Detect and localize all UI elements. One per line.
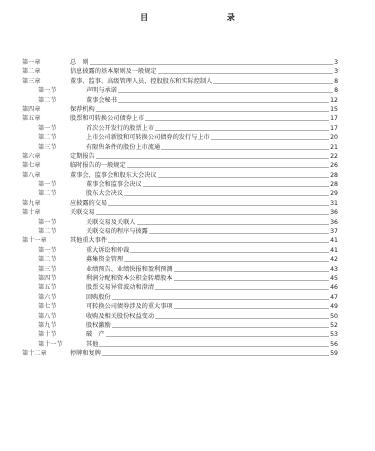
toc-entry-page-number: 36 <box>330 218 338 227</box>
toc-entry-page-number: 56 <box>330 340 338 349</box>
dot-leader <box>124 261 329 262</box>
dot-leader <box>174 280 330 281</box>
toc-entry-title: 董事会和监事会决议 <box>86 180 142 189</box>
toc-entry-title: 有限售条件的股份上市流通 <box>86 143 160 152</box>
toc-entry-line: 关联交易及关联人36 <box>86 218 338 227</box>
dot-leader <box>118 102 329 103</box>
toc-entry-line: 临时报告的一般规定26 <box>70 161 338 170</box>
toc-entry-title: 利润分配和资本公积金转增股本 <box>86 274 173 283</box>
toc-section-entry[interactable]: 第九节股权激励52 <box>0 321 375 330</box>
dot-leader <box>96 111 329 112</box>
toc-section-entry[interactable]: 第四节利润分配和资本公积金转增股本45 <box>0 274 375 283</box>
toc-chapter-entry[interactable]: 第九章应披露的交易31 <box>0 199 375 208</box>
toc-entry-line: 声明与承诺8 <box>86 86 338 95</box>
toc-entry-title: 董事会秘书 <box>86 96 117 105</box>
toc-section-entry[interactable]: 第二节董事会秘书12 <box>0 96 375 105</box>
toc-entry-title: 股票和可转换公司债券上市 <box>70 114 144 123</box>
toc-entry-title: 应披露的交易 <box>70 199 107 208</box>
dot-leader <box>127 167 329 168</box>
toc-entry-line: 首次公开发行的股票上市17 <box>86 124 338 133</box>
toc-section-entry[interactable]: 第五节股票交易异常波动和澄清46 <box>0 283 375 292</box>
toc-entry-page-number: 3 <box>334 67 338 76</box>
toc-entry-label: 第十一章 <box>22 236 47 245</box>
toc-entry-line: 定期报告22 <box>70 152 338 161</box>
toc-chapter-entry[interactable]: 第十章关联交易36 <box>0 208 375 217</box>
dot-leader <box>108 242 329 243</box>
toc-entry-page-number: 47 <box>330 293 338 302</box>
toc-section-entry[interactable]: 第七节可转换公司债券涉及的重大事项49 <box>0 302 375 311</box>
dot-leader <box>158 177 330 178</box>
toc-entry-label: 第六节 <box>38 293 57 302</box>
toc-entry-line: 上市公司新股和可转换公司债券的发行与上市20 <box>86 133 338 142</box>
toc-entry-line: 董事、监事、高级管理人员、控股股东和实际控制人8 <box>70 77 338 86</box>
dot-leader <box>96 214 329 215</box>
toc-entry-title: 可转换公司债券涉及的重大事项 <box>86 302 173 311</box>
dot-leader <box>161 149 329 150</box>
toc-section-entry[interactable]: 第十一节其他56 <box>0 340 375 349</box>
toc-entry-page-number: 22 <box>330 152 338 161</box>
toc-chapter-entry[interactable]: 第四章保荐机构15 <box>0 105 375 114</box>
toc-chapter-entry[interactable]: 第六章定期报告22 <box>0 152 375 161</box>
toc-entry-label: 第九章 <box>22 199 41 208</box>
toc-entry-label: 第九节 <box>38 321 57 330</box>
toc-entry-label: 第六章 <box>22 152 41 161</box>
toc-entry-page-number: 41 <box>330 236 338 245</box>
toc-entry-line: 关联交易的程序与披露37 <box>86 227 338 236</box>
toc-entry-title: 其他 <box>86 340 98 349</box>
toc-entry-label: 第四章 <box>22 105 41 114</box>
toc-entry-line: 可转换公司债券涉及的重大事项49 <box>86 302 338 311</box>
toc-entry-title: 关联交易及关联人 <box>86 218 136 227</box>
toc-section-entry[interactable]: 第一节关联交易及关联人36 <box>0 218 375 227</box>
dot-leader <box>99 346 329 347</box>
toc-entry-label: 第三章 <box>22 77 41 86</box>
toc-entry-page-number: 31 <box>330 199 338 208</box>
toc-entry-line: 信息披露的基本原则及一般规定3 <box>70 67 338 76</box>
toc-entry-title: 停牌和复牌 <box>70 349 101 358</box>
toc-entry-page-number: 17 <box>330 124 338 133</box>
toc-entry-label: 第十二章 <box>22 349 47 358</box>
toc-entry-line: 总 则3 <box>70 58 338 67</box>
toc-section-entry[interactable]: 第二节募集资金管理42 <box>0 255 375 264</box>
toc-entry-label: 第二节 <box>38 189 57 198</box>
dot-leader <box>102 355 329 356</box>
toc-entry-label: 第二节 <box>38 133 57 142</box>
toc-entry-page-number: 52 <box>330 321 338 330</box>
dot-leader <box>90 64 334 65</box>
toc-entry-line: 重大诉讼和仲裁41 <box>86 246 338 255</box>
toc-entry-title: 临时报告的一般规定 <box>70 161 126 170</box>
toc-entry-line: 关联交易36 <box>70 208 338 217</box>
dot-leader <box>211 139 329 140</box>
toc-chapter-entry[interactable]: 第五章股票和可转换公司债券上市17 <box>0 114 375 123</box>
toc-chapter-entry[interactable]: 第十二章停牌和复牌59 <box>0 349 375 358</box>
toc-entry-page-number: 28 <box>330 180 338 189</box>
dot-leader <box>213 83 333 84</box>
toc-entry-label: 第十节 <box>38 330 57 339</box>
toc-entry-title: 上市公司新股和可转换公司债券的发行与上市 <box>86 133 210 142</box>
toc-entry-label: 第八章 <box>22 171 41 180</box>
dot-leader <box>108 205 329 206</box>
toc-entry-line: 董事会、监事会和股东大会决议28 <box>70 171 338 180</box>
toc-entry-line: 股权激励52 <box>86 321 338 330</box>
toc-entry-title: 业绩预告、业绩快报和盈利预测 <box>86 265 173 274</box>
toc-entry-title: 董事、监事、高级管理人员、控股股东和实际控制人 <box>70 77 212 86</box>
toc-section-entry[interactable]: 第一节声明与承诺8 <box>0 86 375 95</box>
toc-entry-page-number: 59 <box>330 349 338 358</box>
dot-leader <box>145 120 329 121</box>
toc-entry-title: 定期报告 <box>70 152 95 161</box>
toc-entry-title: 股权激励 <box>86 321 111 330</box>
toc-entry-label: 第三节 <box>38 143 57 152</box>
toc-entry-page-number: 26 <box>330 161 338 170</box>
toc-entry-page-number: 49 <box>330 302 338 311</box>
toc-entry-page-number: 41 <box>330 246 338 255</box>
toc-entry-page-number: 50 <box>330 312 338 321</box>
toc-section-entry[interactable]: 第一节首次公开发行的股票上市17 <box>0 124 375 133</box>
toc-entry-title: 破 产 <box>86 330 105 339</box>
toc-entry-title: 回购股份 <box>86 293 111 302</box>
toc-section-entry[interactable]: 第二节上市公司新股和可转换公司债券的发行与上市20 <box>0 133 375 142</box>
toc-entry-label: 第二节 <box>38 227 57 236</box>
toc-entry-label: 第七章 <box>22 161 41 170</box>
toc-entry-page-number: 12 <box>330 96 338 105</box>
toc-entry-line: 保荐机构15 <box>70 105 338 114</box>
toc-entry-title: 声明与承诺 <box>86 86 117 95</box>
toc-entry-page-number: 21 <box>330 143 338 152</box>
toc-entry-title: 信息披露的基本原则及一般规定 <box>70 67 157 76</box>
dot-leader <box>158 73 333 74</box>
toc-section-entry[interactable]: 第三节业绩预告、业绩快报和盈利预测43 <box>0 265 375 274</box>
toc-entry-line: 股东大会决议29 <box>86 189 338 198</box>
toc-entry-label: 第七节 <box>38 302 57 311</box>
toc-entry-page-number: 28 <box>330 171 338 180</box>
page-title: 目 录 <box>0 12 375 23</box>
dot-leader <box>112 327 329 328</box>
toc-entry-line: 股票交易异常波动和澄清46 <box>86 283 338 292</box>
toc-entry-line: 业绩预告、业绩快报和盈利预测43 <box>86 265 338 274</box>
dot-leader <box>174 308 330 309</box>
toc-entry-title: 总 则 <box>70 58 89 67</box>
toc-entry-label: 第一节 <box>38 218 57 227</box>
toc-chapter-entry[interactable]: 第二章信息披露的基本原则及一般规定3 <box>0 67 375 76</box>
toc-entry-page-number: 20 <box>330 133 338 142</box>
toc-entry-line: 其他重大事件41 <box>70 236 338 245</box>
toc-entry-label: 第五节 <box>38 283 57 292</box>
toc-entry-title: 首次公开发行的股票上市 <box>86 124 154 133</box>
toc-entry-page-number: 45 <box>330 274 338 283</box>
dot-leader <box>96 158 329 159</box>
toc-entry-page-number: 8 <box>334 77 338 86</box>
toc-entry-label: 第三节 <box>38 265 57 274</box>
table-of-contents: 第一章总 则3第二章信息披露的基本原则及一般规定3第三章董事、监事、高级管理人员… <box>0 58 375 359</box>
toc-entry-line: 收购及相关股份权益变动50 <box>86 312 338 321</box>
toc-entry-page-number: 17 <box>330 114 338 123</box>
toc-entry-page-number: 8 <box>334 86 338 95</box>
toc-entry-line: 破 产53 <box>86 330 338 339</box>
toc-entry-line: 回购股份47 <box>86 293 338 302</box>
toc-section-entry[interactable]: 第二节关联交易的程序与披露37 <box>0 227 375 236</box>
toc-entry-label: 第一节 <box>38 124 57 133</box>
dot-leader <box>112 299 329 300</box>
dot-leader <box>149 233 329 234</box>
toc-entry-label: 第一节 <box>38 246 57 255</box>
toc-entry-title: 收购及相关股份权益变动 <box>86 312 154 321</box>
toc-section-entry[interactable]: 第八节收购及相关股份权益变动50 <box>0 312 375 321</box>
toc-section-entry[interactable]: 第二节股东大会决议29 <box>0 189 375 198</box>
dot-leader <box>137 224 330 225</box>
toc-section-entry[interactable]: 第六节回购股份47 <box>0 293 375 302</box>
toc-chapter-entry[interactable]: 第一章总 则3 <box>0 58 375 67</box>
toc-entry-page-number: 53 <box>330 330 338 339</box>
toc-section-entry[interactable]: 第三节有限售条件的股份上市流通21 <box>0 143 375 152</box>
dot-leader <box>143 186 329 187</box>
toc-entry-line: 董事会和监事会决议28 <box>86 180 338 189</box>
toc-entry-page-number: 36 <box>330 208 338 217</box>
toc-entry-page-number: 46 <box>330 283 338 292</box>
toc-entry-title: 保荐机构 <box>70 105 95 114</box>
toc-entry-page-number: 42 <box>330 255 338 264</box>
toc-chapter-entry[interactable]: 第三章董事、监事、高级管理人员、控股股东和实际控制人8 <box>0 77 375 86</box>
toc-entry-title: 董事会、监事会和股东大会决议 <box>70 171 157 180</box>
toc-entry-title: 关联交易 <box>70 208 95 217</box>
toc-entry-title: 募集资金管理 <box>86 255 123 264</box>
dot-leader <box>174 271 330 272</box>
toc-entry-label: 第二章 <box>22 67 41 76</box>
toc-entry-label: 第二节 <box>38 255 57 264</box>
toc-entry-label: 第一章 <box>22 58 41 67</box>
toc-entry-label: 第十一节 <box>38 340 63 349</box>
toc-entry-title: 股东大会决议 <box>86 189 123 198</box>
toc-entry-line: 停牌和复牌59 <box>70 349 338 358</box>
toc-entry-title: 股票交易异常波动和澄清 <box>86 283 154 292</box>
toc-entry-line: 募集资金管理42 <box>86 255 338 264</box>
dot-leader <box>118 92 333 93</box>
toc-entry-label: 第一节 <box>38 180 57 189</box>
dot-leader <box>130 252 329 253</box>
toc-chapter-entry[interactable]: 第八章董事会、监事会和股东大会决议28 <box>0 171 375 180</box>
toc-chapter-entry[interactable]: 第十一章其他重大事件41 <box>0 236 375 245</box>
toc-section-entry[interactable]: 第十节破 产53 <box>0 330 375 339</box>
toc-entry-label: 第八节 <box>38 312 57 321</box>
toc-entry-title: 关联交易的程序与披露 <box>86 227 148 236</box>
toc-entry-label: 第一节 <box>38 86 57 95</box>
toc-entry-page-number: 43 <box>330 265 338 274</box>
toc-chapter-entry[interactable]: 第七章临时报告的一般规定26 <box>0 161 375 170</box>
toc-entry-page-number: 37 <box>330 227 338 236</box>
toc-entry-line: 股票和可转换公司债券上市17 <box>70 114 338 123</box>
dot-leader <box>155 130 329 131</box>
toc-entry-page-number: 3 <box>334 58 338 67</box>
toc-entry-label: 第二节 <box>38 96 57 105</box>
toc-entry-label: 第十章 <box>22 208 41 217</box>
toc-entry-page-number: 15 <box>330 105 338 114</box>
toc-entry-title: 重大诉讼和仲裁 <box>86 246 129 255</box>
toc-entry-label: 第四节 <box>38 274 57 283</box>
dot-leader <box>155 318 329 319</box>
toc-entry-line: 董事会秘书12 <box>86 96 338 105</box>
toc-entry-page-number: 29 <box>330 189 338 198</box>
toc-entry-line: 利润分配和资本公积金转增股本45 <box>86 274 338 283</box>
toc-entry-title: 其他重大事件 <box>70 236 107 245</box>
dot-leader <box>106 336 330 337</box>
toc-section-entry[interactable]: 第一节重大诉讼和仲裁41 <box>0 246 375 255</box>
toc-section-entry[interactable]: 第一节董事会和监事会决议28 <box>0 180 375 189</box>
toc-entry-label: 第五章 <box>22 114 41 123</box>
dot-leader <box>124 195 329 196</box>
toc-entry-line: 其他56 <box>86 340 338 349</box>
toc-entry-line: 应披露的交易31 <box>70 199 338 208</box>
dot-leader <box>155 289 329 290</box>
toc-entry-line: 有限售条件的股份上市流通21 <box>86 143 338 152</box>
